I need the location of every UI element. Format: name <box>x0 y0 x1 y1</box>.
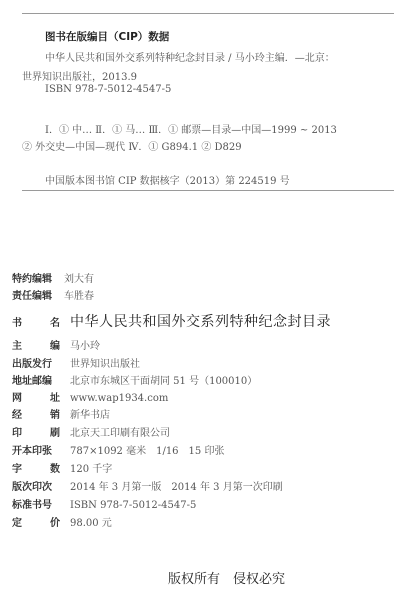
colophon-label: 开本印张 <box>12 442 60 457</box>
cip-class-line-2: ② 外交史—中国—现代 Ⅳ．① G894.1 ② D829 <box>22 138 242 153</box>
colophon-row-distributor: 经销 新华书店 <box>12 406 110 421</box>
editor-row-responsible: 责任编辑 车胜春 <box>12 287 94 302</box>
colophon-value: 2014 年 3 月第一版 2014 年 3 月第一次印刷 <box>70 478 283 493</box>
colophon-row-editor: 主编 马小玲 <box>12 337 100 352</box>
editor-value: 刘大有 <box>64 270 94 285</box>
colophon-value: ISBN 978-7-5012-4547-5 <box>70 500 196 511</box>
colophon-row-wordcount: 字数 120 千字 <box>12 460 112 475</box>
book-title: 中华人民共和国外交系列特种纪念封目录 <box>70 311 331 331</box>
colophon-value: 98.00 元 <box>70 514 112 529</box>
copyright-notice: 版权所有 侵权必究 <box>168 568 285 587</box>
colophon-row-printer: 印刷 北京天工印刷有限公司 <box>12 424 170 439</box>
colophon-value: 北京天工印刷有限公司 <box>70 424 170 439</box>
colophon-label: 书名 <box>12 314 60 329</box>
cip-class-line-1: Ⅰ．① 中… Ⅱ．① 马… Ⅲ．① 邮票—目录—中国—1999 ~ 2013 <box>45 121 337 136</box>
colophon-value: 世界知识出版社 <box>70 355 140 370</box>
cip-line-1: 中华人民共和国外交系列特种纪念封目录 / 马小玲主编．—北京： <box>45 49 335 64</box>
cip-line-2: 世界知识出版社，2013.9 <box>22 68 137 83</box>
colophon-row-publisher: 出版发行 世界知识出版社 <box>12 355 140 370</box>
colophon-row-website: 网址 www.wap1934.com <box>12 389 168 404</box>
editor-label: 特约编辑 <box>12 270 52 285</box>
colophon-label: 版次印次 <box>12 478 60 493</box>
cip-top-rule <box>22 13 394 14</box>
colophon-label: 主编 <box>12 337 60 352</box>
colophon-row-format: 开本印张 787×1092 毫米 1/16 15 印张 <box>12 442 224 457</box>
colophon-row-isbn: 标准书号 ISBN 978-7-5012-4547-5 <box>12 496 196 511</box>
colophon-label: 标准书号 <box>12 496 60 511</box>
website-link[interactable]: www.wap1934.com <box>70 393 168 404</box>
colophon-value: 120 千字 <box>70 460 112 475</box>
colophon-row-edition: 版次印次 2014 年 3 月第一版 2014 年 3 月第一次印刷 <box>12 478 283 493</box>
colophon-label: 定价 <box>12 514 60 529</box>
cip-bottom-rule <box>22 190 394 191</box>
colophon-row-title: 书名 中华人民共和国外交系列特种纪念封目录 <box>12 311 331 331</box>
colophon-label: 出版发行 <box>12 355 60 370</box>
colophon-row-address: 地址邮编 北京市东城区干面胡同 51 号（100010） <box>12 372 257 387</box>
cip-heading: 图书在版编目（CIP）数据 <box>45 29 169 44</box>
cip-verify-number: 中国版本图书馆 CIP 数据核字（2013）第 224519 号 <box>45 172 290 187</box>
cip-isbn: ISBN 978-7-5012-4547-5 <box>45 84 171 95</box>
colophon-value: 新华书店 <box>70 406 110 421</box>
colophon-label: 网址 <box>12 389 60 404</box>
colophon-label: 经销 <box>12 406 60 421</box>
colophon-value: 马小玲 <box>70 337 100 352</box>
colophon-value: 北京市东城区干面胡同 51 号（100010） <box>70 372 257 387</box>
colophon-label: 印刷 <box>12 424 60 439</box>
colophon-value: 787×1092 毫米 1/16 15 印张 <box>70 442 224 457</box>
colophon-row-price: 定价 98.00 元 <box>12 514 112 529</box>
editor-row-special: 特约编辑 刘大有 <box>12 270 94 285</box>
colophon-label: 地址邮编 <box>12 372 60 387</box>
editor-label: 责任编辑 <box>12 287 52 302</box>
editor-value: 车胜春 <box>64 287 94 302</box>
colophon-label: 字数 <box>12 460 60 475</box>
